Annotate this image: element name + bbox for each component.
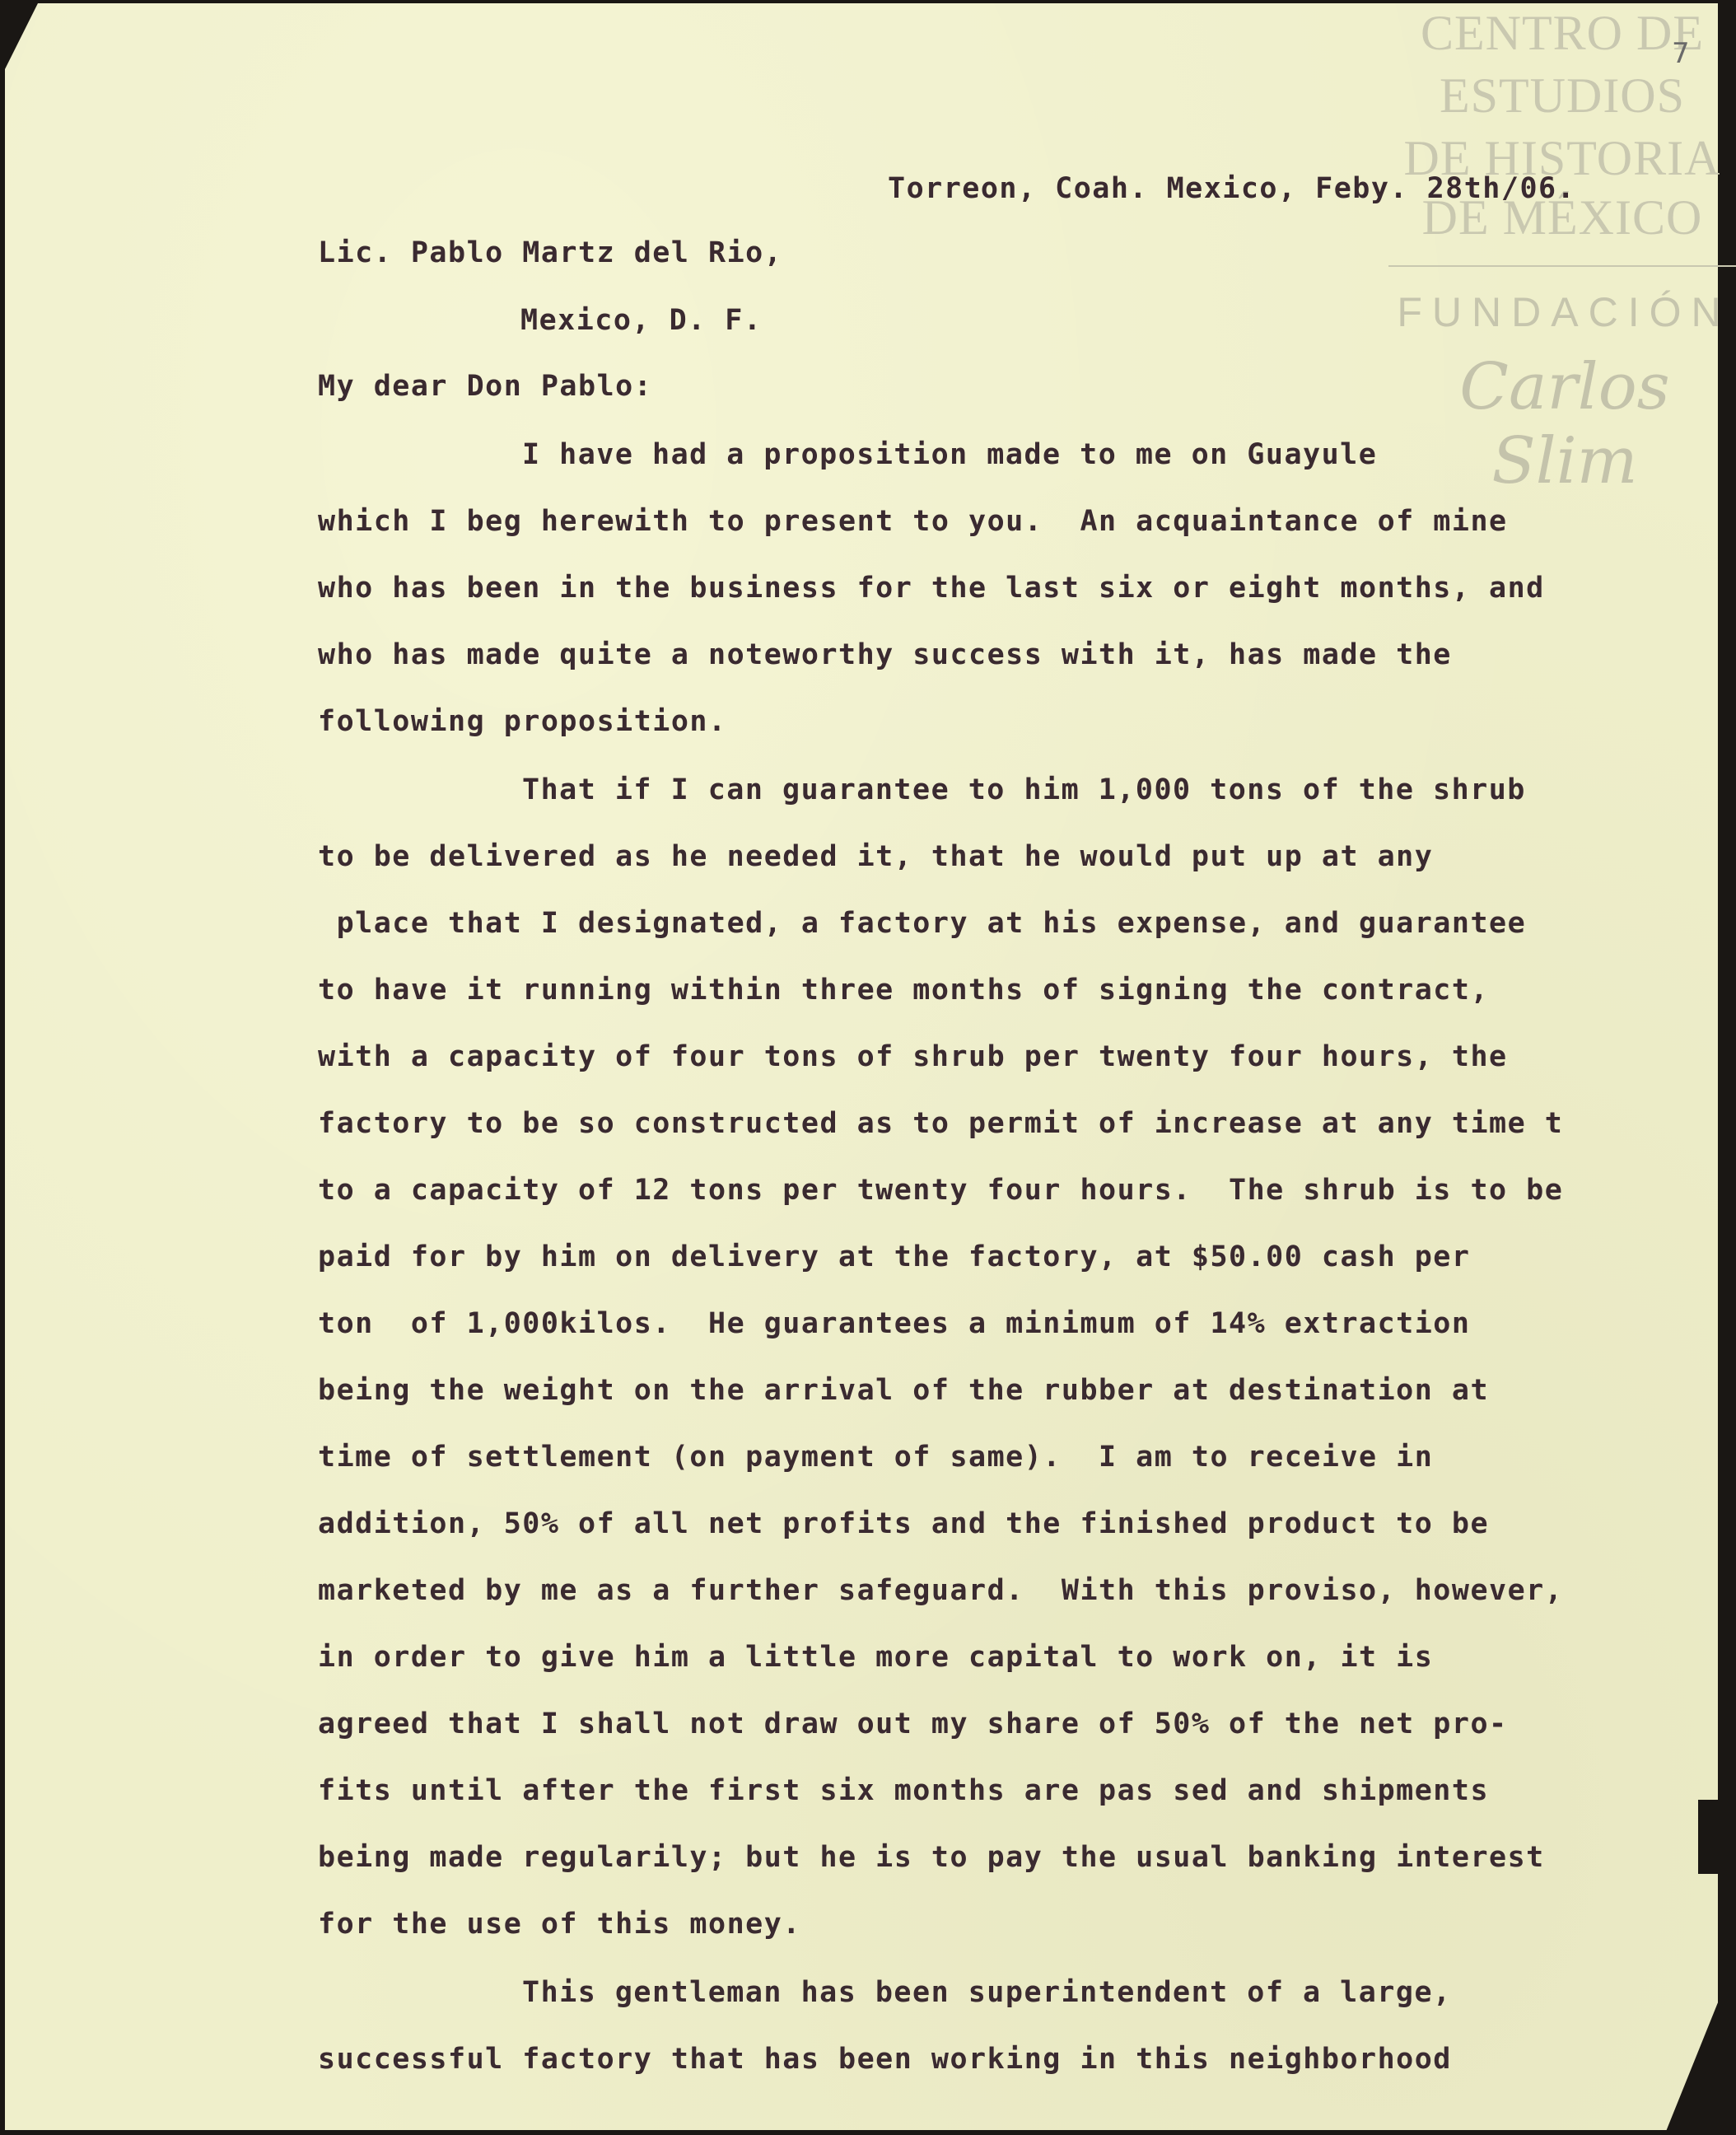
letter-line: being the weight on the arrival of the r… [318,1376,1489,1405]
letter-line: ton of 1,000kilos. He guarantees a minim… [318,1310,1470,1338]
place-date: Torreon, Coah. Mexico, Feby. 28th/06. [888,175,1575,203]
addressee-name: Lic. Pablo Martz del Rio, [318,239,782,268]
letter-line: for the use of this money. [318,1910,801,1939]
letter-line: successful factory that has been working… [318,2045,1452,2074]
page-number: 7 [1672,37,1690,70]
letter-line: This gentleman has been superintendent o… [522,1978,1452,2007]
letter-line: fits until after the first six months ar… [318,1777,1489,1806]
letter-line: to have it running within three months o… [318,976,1489,1005]
letter-line: agreed that I shall not draw out my shar… [318,1710,1508,1739]
letter-line: being made regularily; but he is to pay … [318,1843,1545,1872]
letter-line: with a capacity of four tons of shrub pe… [318,1043,1508,1072]
letter-line: addition, 50% of all net profits and the… [318,1510,1489,1539]
letter-line: time of settlement (on payment of same).… [318,1443,1433,1472]
letter-line: That if I can guarantee to him 1,000 ton… [522,776,1526,805]
watermark-line: ESTUDIOS [1388,66,1736,125]
letter-line: which I beg herewith to present to you. … [318,507,1508,536]
letter-line: paid for by him on delivery at the facto… [318,1243,1470,1272]
letter-line: who has made quite a noteworthy success … [318,641,1452,670]
addressee-city: Mexico, D. F. [520,306,762,335]
watermark-foundation: FUNDACIÓN [1392,288,1736,336]
watermark-signature: Carlos Slim [1400,350,1729,498]
letter-line: I have had a proposition made to me on G… [522,441,1377,470]
letter-line: marketed by me as a further safeguard. W… [318,1577,1563,1605]
letter-line: following proposition. [318,708,727,736]
letter-line: to a capacity of 12 tons per twenty four… [318,1176,1563,1205]
salutation: My dear Don Pablo: [318,372,652,401]
watermark-divider [1388,265,1736,267]
letter-line: factory to be so constructed as to permi… [318,1110,1563,1138]
letter-line: who has been in the business for the las… [318,574,1545,603]
letter-line: to be delivered as he needed it, that he… [318,843,1433,871]
paper-notch [1698,1800,1723,1874]
letter-line: place that I designated, a factory at hi… [318,909,1526,938]
letter-line: in order to give him a little more capit… [318,1643,1433,1672]
